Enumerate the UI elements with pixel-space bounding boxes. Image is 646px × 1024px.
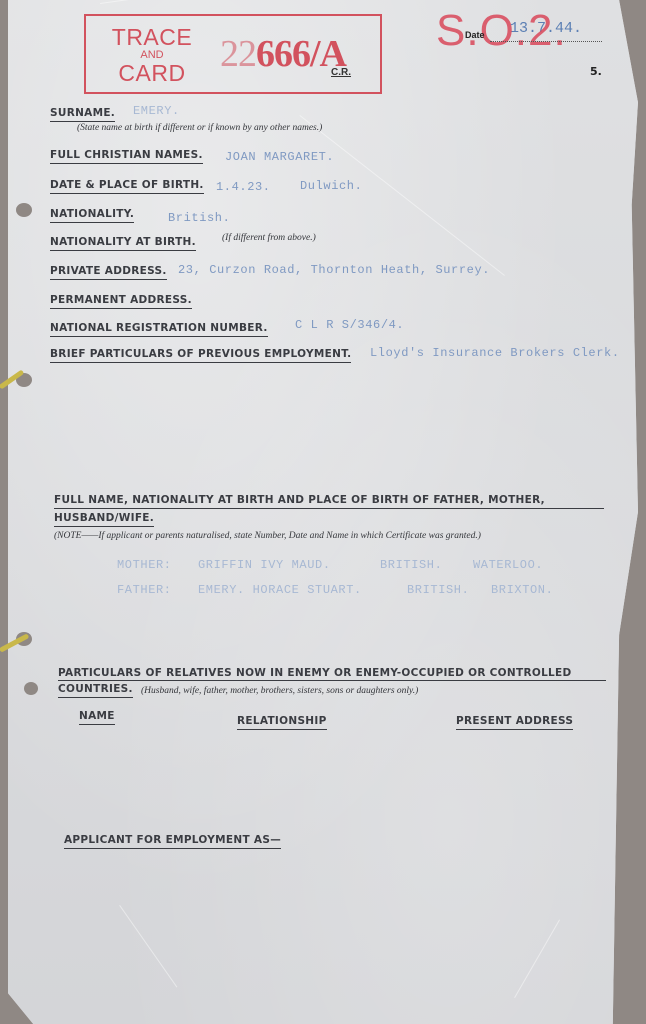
date-line [490, 41, 602, 42]
parent-nationality: BRITISH. [407, 583, 469, 597]
registration-number-label: NATIONAL REGISTRATION NUMBER. [50, 322, 268, 337]
christian-names-label: FULL CHRISTIAN NAMES. [50, 149, 203, 164]
nationality-at-birth-label: NATIONALITY AT BIRTH. [50, 236, 196, 251]
trace-text: TRACE [102, 26, 202, 49]
cr-label: C.R. [331, 67, 351, 78]
card-number-faint: 22 [220, 33, 256, 75]
trace-card-stamp: TRACE AND CARD 22666/A C.R. [84, 14, 382, 94]
parent-name: EMERY. HORACE STUART. [198, 583, 362, 597]
parent-relation: FATHER: [117, 583, 172, 597]
relatives-note: (Husband, wife, father, mother, brothers… [141, 686, 418, 696]
christian-names-value: JOAN MARGARET. [225, 150, 334, 164]
punch-hole [24, 682, 38, 695]
applicant-label: APPLICANT FOR EMPLOYMENT AS— [64, 834, 281, 849]
relatives-label-line1: PARTICULARS OF RELATIVES NOW IN ENEMY OR… [58, 667, 572, 681]
previous-employment-value: Lloyd's Insurance Brokers Clerk. [370, 346, 620, 360]
parent-birthplace: BRIXTON. [491, 583, 553, 597]
parents-note: (NOTE——If applicant or parents naturalis… [54, 531, 481, 541]
column-header-relationship: RELATIONSHIP [237, 715, 327, 730]
previous-employment-label: BRIEF PARTICULARS OF PREVIOUS EMPLOYMENT… [50, 348, 351, 363]
parent-name: GRIFFIN IVY MAUD. [198, 558, 331, 572]
nationality-at-birth-note: (If different from above.) [222, 233, 316, 243]
surname-label: SURNAME. [50, 107, 115, 122]
parent-relation: MOTHER: [117, 558, 172, 572]
private-address-value: 23, Curzon Road, Thornton Heath, Surrey. [178, 263, 490, 277]
relatives-label-line2: COUNTRIES. [58, 683, 133, 698]
column-header-name: NAME [79, 710, 115, 725]
so2-stamp: S.O.2. [436, 6, 567, 56]
registration-number-value: C L R S/346/4. [295, 318, 404, 332]
birth-place-value: Dulwich. [300, 179, 362, 193]
birth-date-value: 1.4.23. [216, 180, 271, 194]
page-number: 5. [590, 65, 602, 78]
date-label: Date [465, 30, 485, 40]
birth-label: DATE & PLACE OF BIRTH. [50, 179, 204, 194]
card-text: CARD [102, 62, 202, 85]
parent-nationality: BRITISH. [380, 558, 442, 572]
surname-value: EMERY. [133, 104, 180, 118]
parents-rule [54, 508, 604, 509]
nationality-value: British. [168, 211, 230, 225]
nationality-label: NATIONALITY. [50, 208, 134, 223]
surname-note: (State name at birth if different or if … [77, 123, 322, 133]
trace-card-label: TRACE AND CARD [102, 26, 202, 85]
punch-hole [16, 203, 32, 217]
parents-label-line2: HUSBAND/WIFE. [54, 512, 154, 527]
card-number: 22666/A [220, 32, 346, 76]
column-header-present-address: PRESENT ADDRESS [456, 715, 573, 730]
permanent-address-label: PERMANENT ADDRESS. [50, 294, 192, 309]
parent-birthplace: WATERLOO. [473, 558, 543, 572]
private-address-label: PRIVATE ADDRESS. [50, 265, 167, 280]
parents-label-line1: FULL NAME, NATIONALITY AT BIRTH AND PLAC… [54, 494, 545, 508]
